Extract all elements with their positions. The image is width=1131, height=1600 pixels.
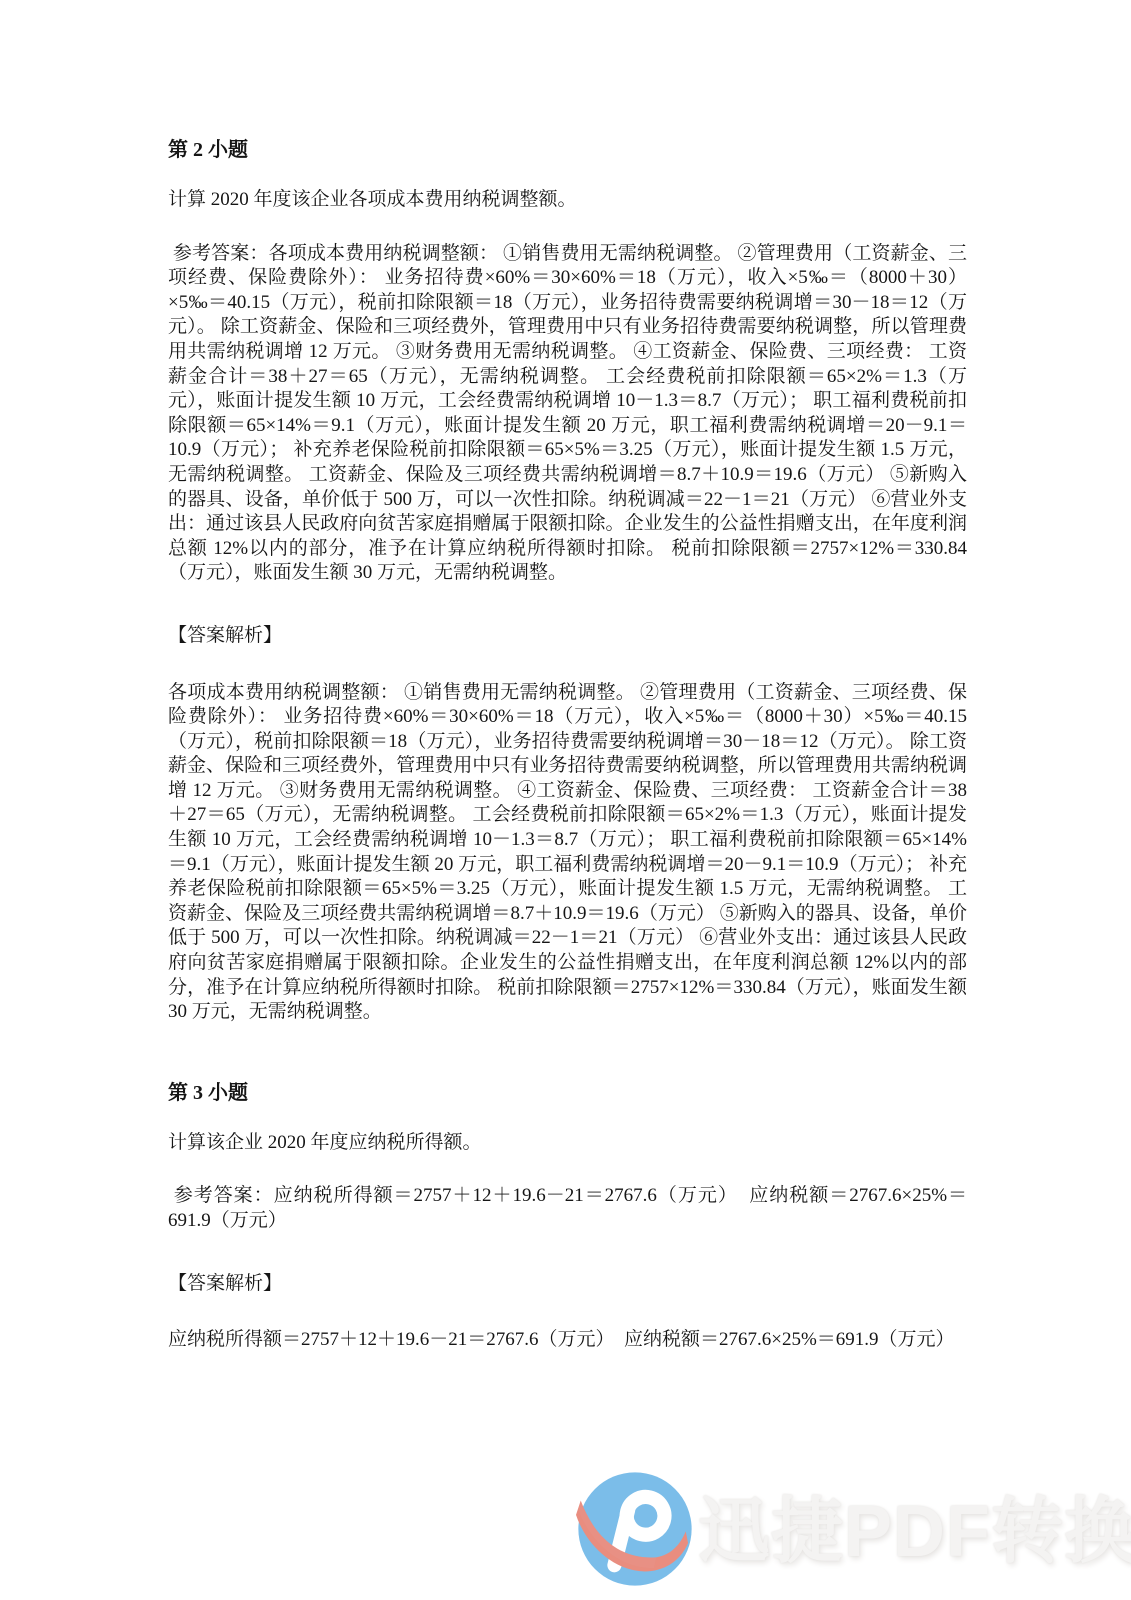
pdf-converter-logo-icon [576, 1470, 694, 1593]
question-3-analysis-label: 【答案解析】 [168, 1272, 967, 1297]
document-page: 第 2 小题 计算 2020 年度该企业各项成本费用纳税调整额。 参考答案：各项… [0, 0, 1131, 1600]
question-2-text: 计算 2020 年度该企业各项成本费用纳税调整额。 [168, 188, 967, 213]
pdf-converter-watermark: 迅捷PDF转换器 [576, 1470, 1131, 1593]
document-content: 第 2 小题 计算 2020 年度该企业各项成本费用纳税调整额。 参考答案：各项… [168, 138, 967, 1353]
question-2-analysis-label: 【答案解析】 [168, 624, 967, 649]
question-2-heading: 第 2 小题 [168, 138, 967, 162]
pdf-converter-watermark-text: 迅捷PDF转换器 [698, 1473, 1131, 1591]
question-2-analysis: 各项成本费用纳税调整额： ①销售费用无需纳税调整。 ②管理费用（工资薪金、三项经… [168, 681, 967, 1025]
question-3-text: 计算该企业 2020 年度应纳税所得额。 [168, 1131, 967, 1156]
question-2-reference-answer: 参考答案：各项成本费用纳税调整额： ①销售费用无需纳税调整。 ②管理费用（工资薪… [168, 242, 967, 586]
question-3-reference-answer: 参考答案：应纳税所得额＝2757＋12＋19.6－21＝2767.6（万元） 应… [168, 1184, 967, 1233]
question-3-heading: 第 3 小题 [168, 1081, 967, 1105]
question-3-analysis: 应纳税所得额＝2757＋12＋19.6－21＝2767.6（万元） 应纳税额＝2… [168, 1328, 967, 1353]
